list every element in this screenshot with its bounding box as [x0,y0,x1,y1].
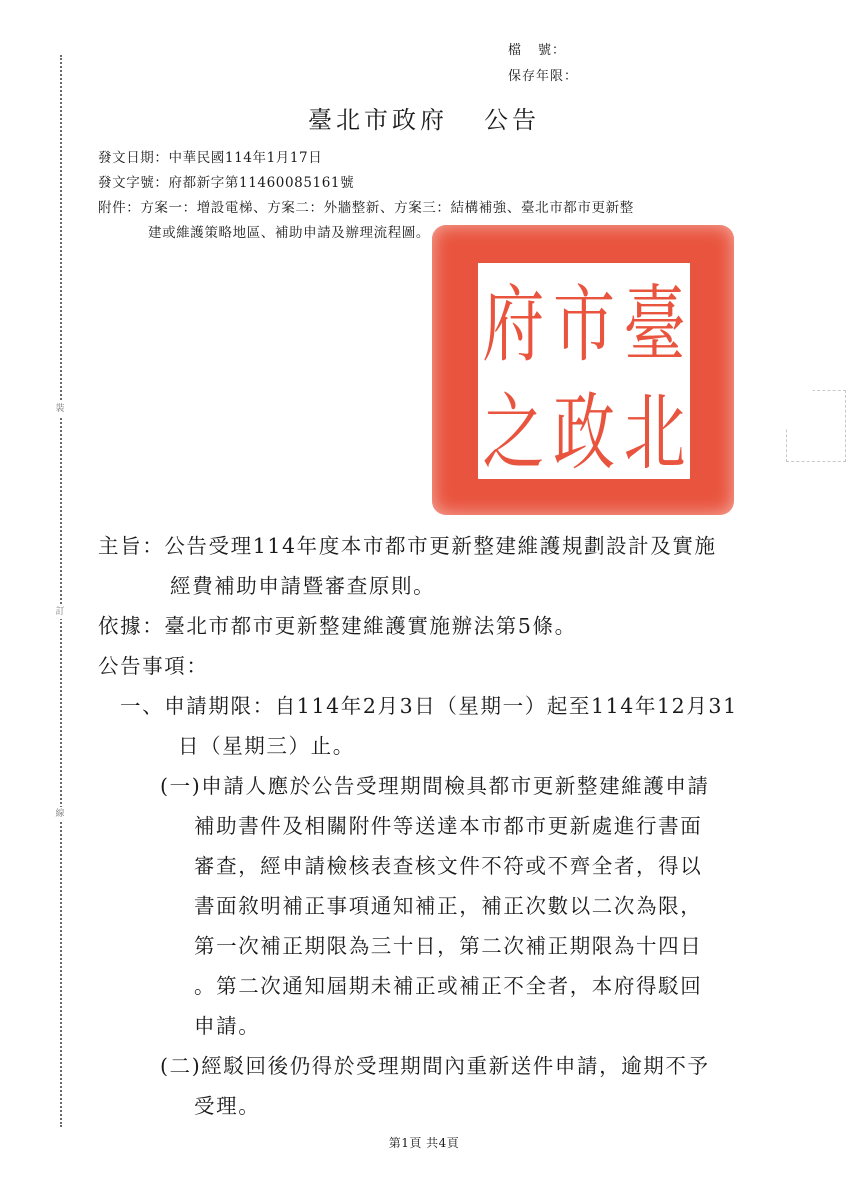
items-heading: 公告事項： [98,646,778,686]
dispatch-number: 發文字號：府都新字第11460085161號 [98,171,634,196]
subitem-1-marker: (一) [160,774,201,798]
announcement-body: 主旨：公告受理114年度本市都市更新整建維護規劃設計及實施 經費補助申請暨審查原… [98,526,778,1126]
binding-dotted-line [60,55,62,1127]
item-1-cont: 日（星期三）止。 [98,726,778,766]
file-number-label-part1: 檔 [508,38,522,64]
subject-line: 主旨：公告受理114年度本市都市更新整建維護規劃設計及實施 [98,526,778,566]
attachments-label: 附件： [98,200,140,216]
subitem-1-line: 申請。 [98,1006,778,1046]
page-title: 臺北市政府公告 [0,100,848,135]
basis-text: 臺北市都市更新整建維護實施辦法第5條。 [164,614,576,638]
dispatch-date-value: 中華民國114年1月17日 [169,150,323,166]
item-1-text: 申請期限：自114年2月3日（星期一）起至114年12月31 [164,694,738,718]
basis-label: 依據： [98,614,164,638]
title-org: 臺北市政府 [308,106,448,134]
item-1: 一、申請期限：自114年2月3日（星期一）起至114年12月31 [98,686,778,726]
file-number-label: 檔 號： [508,38,566,64]
seal-inner: 府 之 市 政 臺 北 [478,263,690,479]
subitem-2-line: 受理。 [98,1086,778,1126]
basis-line: 依據：臺北市都市更新整建維護實施辦法第5條。 [98,606,778,646]
subitem-1-line: 審查，經申請檢核表查核文件不符或不齊全者，得以 [98,846,778,886]
subitem-1-line: 第一次補正期限為三十日，第二次補正期限為十四日 [98,926,778,966]
subitem-2: (二)經駁回後仍得於受理期間內重新送件申請，逾期不予 [98,1046,778,1086]
subitem-1-line: 申請人應於公告受理期間檢具都市更新整建維護申請 [201,774,709,798]
dispatch-date-label: 發文日期： [98,150,169,166]
binding-char-ding: 訂 [53,605,67,619]
subitem-2-marker: (二) [160,1054,201,1078]
dispatch-date: 發文日期：中華民國114年1月17日 [98,146,634,171]
file-number-row: 檔 號： [508,38,578,64]
attachments: 附件：方案一：增設電梯、方案二：外牆整新、方案三：結構補強、臺北市都市更新整 [98,196,634,221]
subitem-1-line: 書面敘明補正事項通知補正，補正次數以二次為限， [98,886,778,926]
subject-text: 公告受理114年度本市都市更新整建維護規劃設計及實施 [164,534,716,558]
title-doc-type: 公告 [484,106,540,134]
subitem-2-line: 經駁回後仍得於受理期間內重新送件申請，逾期不予 [201,1054,709,1078]
subject-line-cont: 經費補助申請暨審查原則。 [98,566,778,606]
item-1-marker: 一、 [120,694,164,718]
subitem-1-line: 補助書件及相關附件等送達本市都市更新處進行書面 [98,806,778,846]
subitem-1: (一)申請人應於公告受理期間檢具都市更新整建維護申請 [98,766,778,806]
binding-char-xian: 線 [53,807,67,821]
faded-edge-stamp [786,390,846,462]
seal-char: 北 [619,352,690,498]
binding-char-zhuang: 裝 [53,402,67,416]
file-number-label-part2: 號： [538,38,566,64]
page-number: 第1頁 共4頁 [0,1134,848,1151]
attachments-line1: 方案一：增設電梯、方案二：外牆整新、方案三：結構補強、臺北市都市更新整 [140,200,634,216]
dispatch-number-value: 府都新字第11460085161號 [169,175,355,191]
subject-label: 主旨： [98,534,164,558]
official-seal: 府 之 市 政 臺 北 [432,225,734,515]
seal-char: 政 [549,352,620,498]
file-meta: 檔 號： 保存年限： [508,38,578,90]
retention-label: 保存年限： [508,64,578,90]
dispatch-number-label: 發文字號： [98,175,169,191]
seal-char: 之 [478,352,549,498]
subitem-1-line: 。第二次通知屆期未補正或補正不全者，本府得駁回 [98,966,778,1006]
retention-row: 保存年限： [508,64,578,90]
